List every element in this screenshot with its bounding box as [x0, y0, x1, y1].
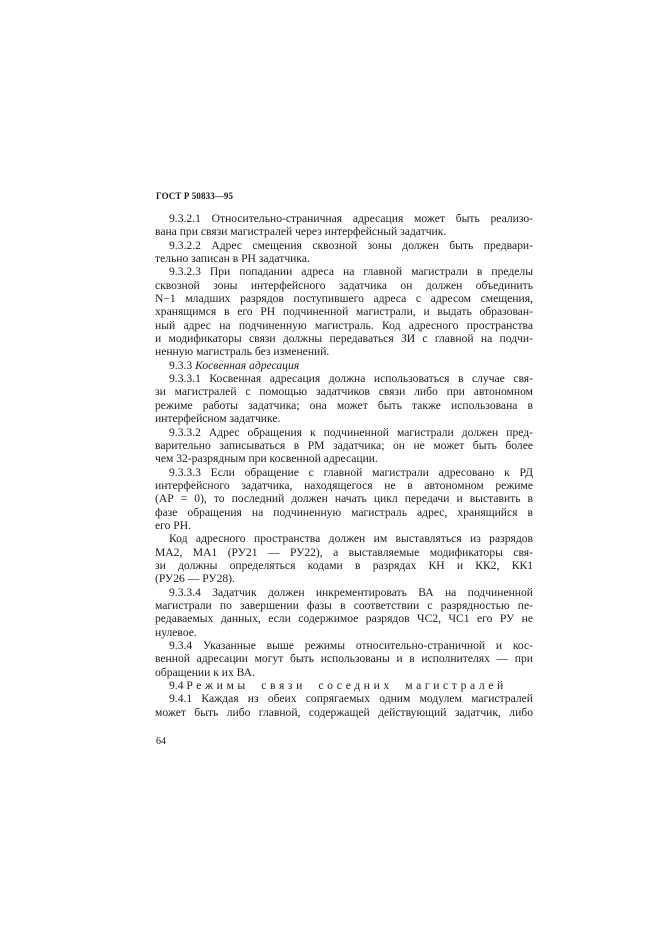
text-line: вана при связи магистралей через интерфе… [155, 225, 533, 238]
paragraph-9-3-2-1: 9.3.2.1 Относительно-страничная адресаци… [155, 212, 533, 239]
text-line: ненную магистраль без изменений. [155, 345, 533, 358]
text-line: редаваемых данных, если содержимое разря… [155, 612, 533, 625]
text-line: магистрали по завершении фазы в соответс… [155, 599, 533, 612]
text-line: (АР = 0), то последний должен начать цик… [155, 492, 533, 505]
text-line: венной адресации могут быть использованы… [155, 652, 533, 665]
paragraph-9-3-2-2: 9.3.2.2 Адрес смещения сквозной зоны дол… [155, 239, 533, 266]
text-line: Код адресного пространства должен им выс… [155, 532, 533, 545]
page-body: 9.3.2.1 Относительно-страничная адресаци… [155, 212, 533, 719]
text-line: нулевое. [155, 626, 533, 639]
text-line: обращении к их ВА. [155, 666, 533, 679]
text-line: сквозной зоны интерфейсного задатчика он… [155, 279, 533, 292]
section-title: Косвенная адресация [195, 359, 299, 372]
text-line: может быть либо главной, содержащей дейс… [155, 706, 533, 719]
paragraph-9-3-3-1: 9.3.3.1 Косвенная адресация должна испол… [155, 372, 533, 425]
text-line: 9.3.3.2 Адрес обращения к подчиненной ма… [155, 426, 533, 439]
text-line: зи должны определяться кодами в разрядах… [155, 559, 533, 572]
text-line: зи магистралей с помощью задатчиков связ… [155, 385, 533, 398]
text-line: 9.3.2.1 Относительно-страничная адресаци… [155, 212, 533, 225]
text-line: МА2, МА1 (РУ21 — РУ22), а выставляемые м… [155, 546, 533, 559]
text-line: ный адрес на подчиненную магистраль. Код… [155, 319, 533, 332]
paragraph-9-3-4: 9.3.4 Указанные выше режимы относительно… [155, 639, 533, 679]
text-line: 9.3.2.2 Адрес смещения сквозной зоны дол… [155, 239, 533, 252]
standard-designation: ГОСТ Р 50833—95 [156, 191, 233, 201]
paragraph-9-3-3-3-continuation: Код адресного пространства должен им выс… [155, 532, 533, 585]
section-heading-line: 9.3.3 Косвенная адресация [155, 359, 533, 372]
text-line: интерфейсном задатчике. [155, 412, 533, 425]
text-line: фазе обращения на подчиненную магистраль… [155, 506, 533, 519]
text-line: N−1 младших разрядов поступившего адреса… [155, 292, 533, 305]
section-heading-line: 9.4 Режимы связи соседних магистралей [155, 679, 533, 692]
text-line: (РУ26 — РУ28). [155, 572, 533, 585]
paragraph-9-3-3-3: 9.3.3.3 Если обращение с главной магистр… [155, 466, 533, 533]
text-line: 9.3.3.3 Если обращение с главной магистр… [155, 466, 533, 479]
text-line: чем 32-разрядным при косвенной адресации… [155, 452, 533, 465]
section-heading-9-4: 9.4 Режимы связи соседних магистралей [155, 679, 533, 692]
section-number: 9.4 [169, 679, 184, 692]
text-line: 9.4.1 Каждая из обеих сопрягаемых одним … [155, 692, 533, 705]
text-line: его РН. [155, 519, 533, 532]
paragraph-9-3-3-4: 9.3.3.4 Задатчик должен инкрементировать… [155, 586, 533, 639]
paragraph-9-3-2-3: 9.3.2.3 При попадании адреса на главной … [155, 265, 533, 358]
paragraph-9-3-3-2: 9.3.3.2 Адрес обращения к подчиненной ма… [155, 426, 533, 466]
text-line: 9.3.4 Указанные выше режимы относительно… [155, 639, 533, 652]
text-line: режиме работы задатчика; она может быть … [155, 399, 533, 412]
document-header: ГОСТ Р 50833—95 [156, 190, 233, 202]
page-number: 64 [156, 735, 166, 748]
text-line: хранящимся в его РН подчиненной магистра… [155, 305, 533, 318]
text-line: 9.3.3.4 Задатчик должен инкрементировать… [155, 586, 533, 599]
text-line: тельно записан в РН задатчика. [155, 252, 533, 265]
text-line: варительно записываться в РМ задатчика; … [155, 439, 533, 452]
section-heading-9-3-3: 9.3.3 Косвенная адресация [155, 359, 533, 372]
text-line: 9.3.3.1 Косвенная адресация должна испол… [155, 372, 533, 385]
text-line: 9.3.2.3 При попадании адреса на главной … [155, 265, 533, 278]
section-number: 9.3.3 [169, 359, 192, 372]
text-line: интерфейсного задатчика, находящегося не… [155, 479, 533, 492]
section-title: Режимы связи соседних магистралей [186, 679, 506, 692]
paragraph-9-4-1: 9.4.1 Каждая из обеих сопрягаемых одним … [155, 692, 533, 719]
text-line: и модификаторы связи должны передаваться… [155, 332, 533, 345]
